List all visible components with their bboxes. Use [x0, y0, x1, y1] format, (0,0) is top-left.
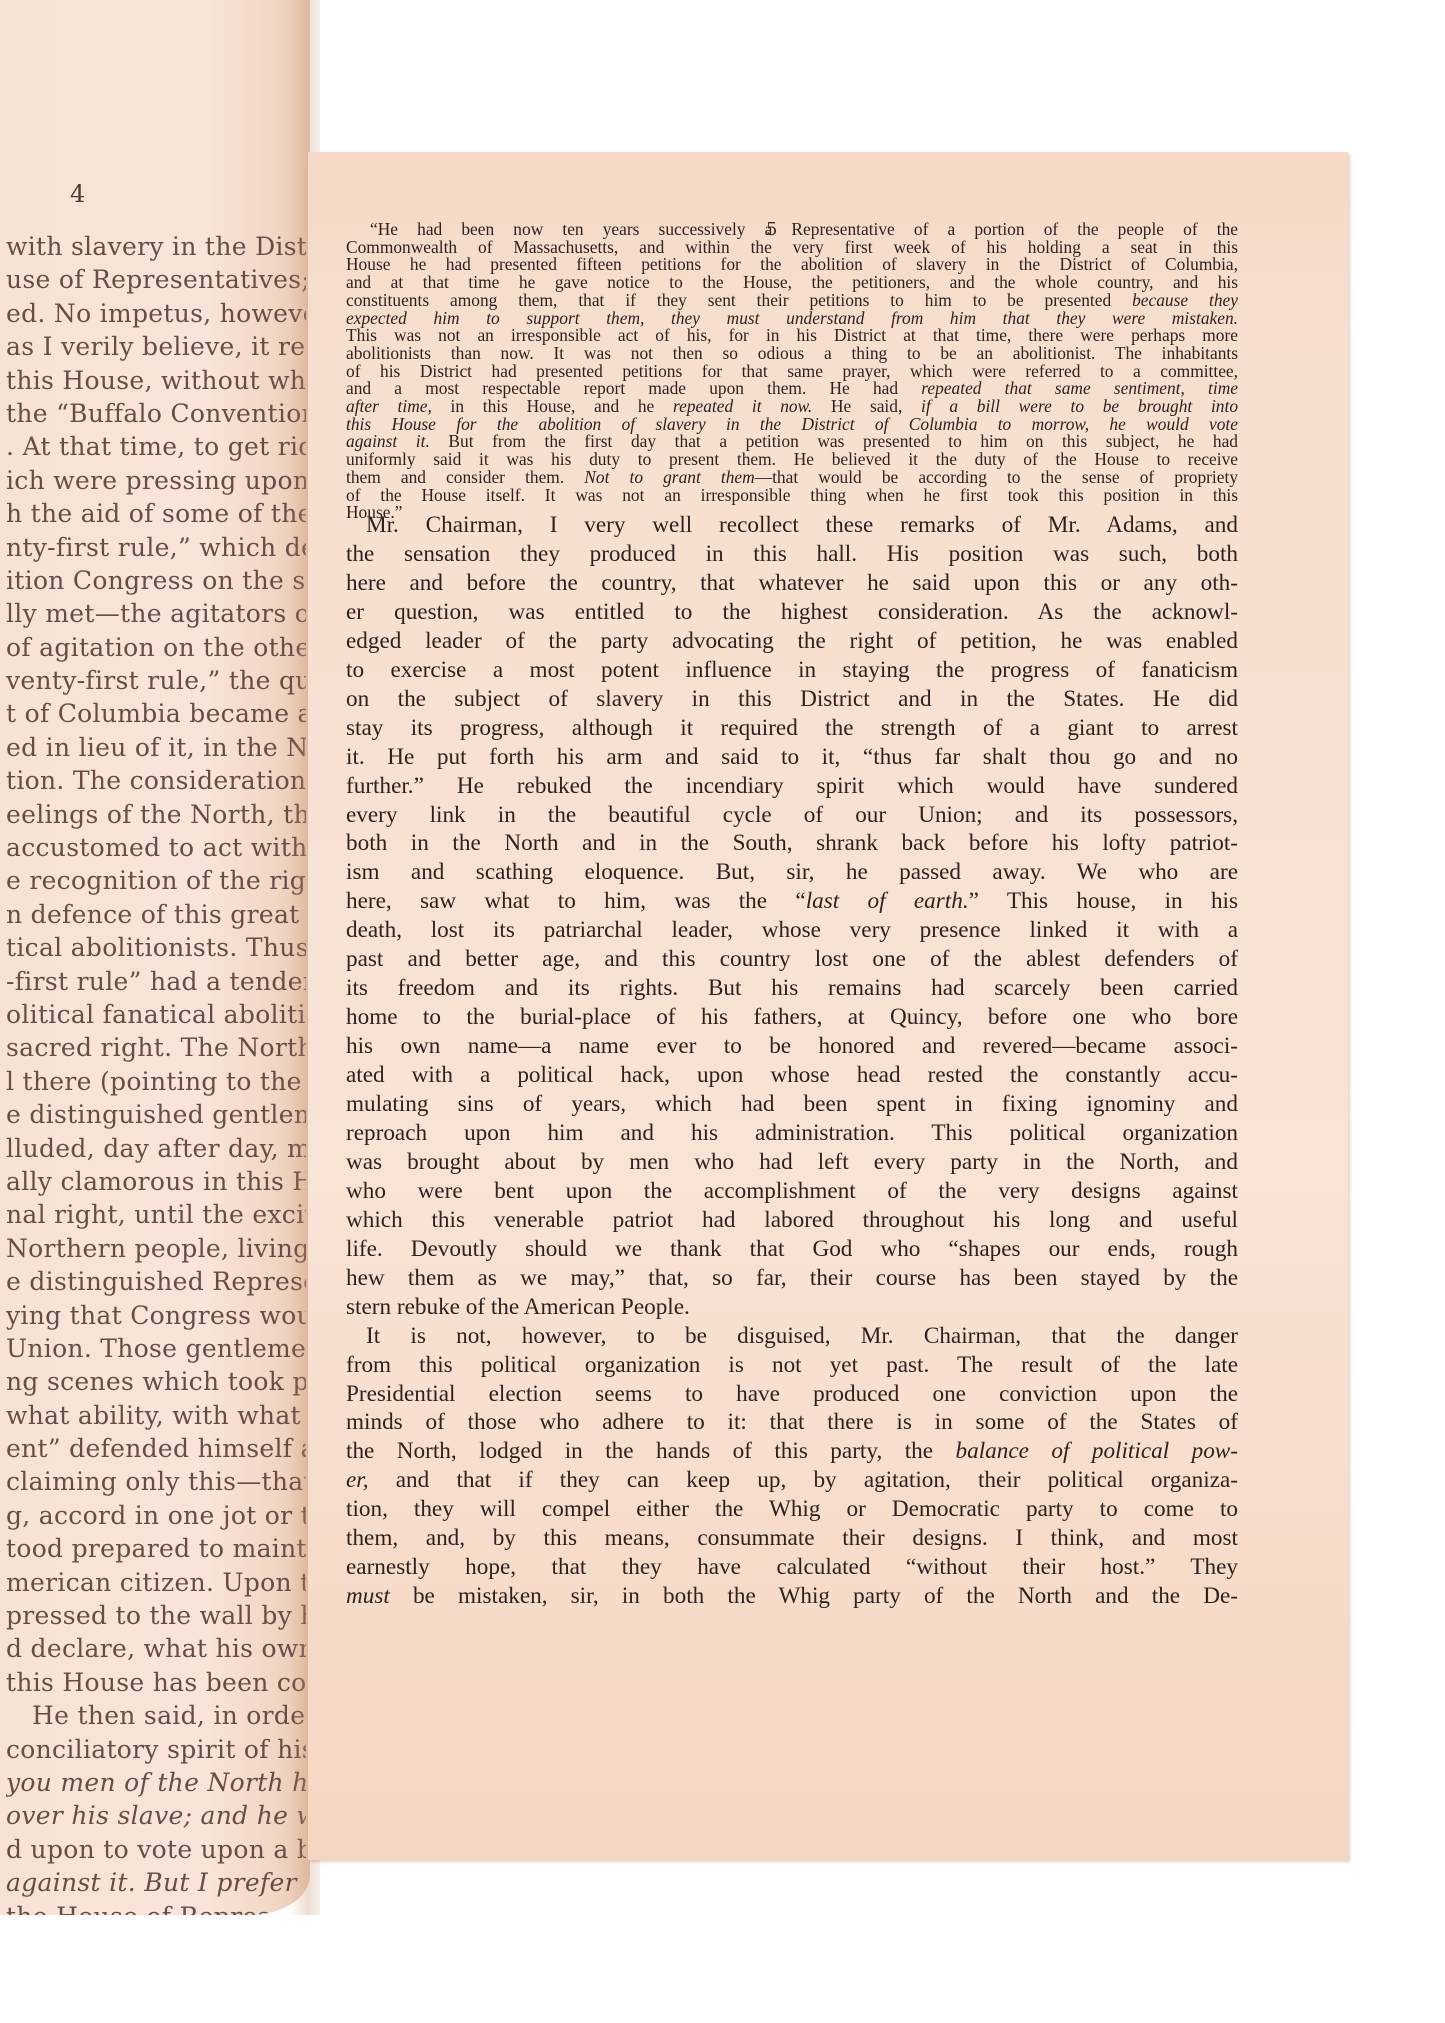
body-line: on the subject of slavery in this Distri…: [346, 686, 1238, 712]
italic-text: last of earth.: [806, 888, 969, 914]
text-span: reproach upon him and his administration…: [346, 1120, 1238, 1146]
text-span: It is not, however, to be disguised, Mr.…: [366, 1323, 1238, 1349]
left-text-line: nty-first rule,” which denied to th: [6, 531, 306, 564]
text-span: further.” He rebuked the incendiary spir…: [346, 773, 1238, 799]
body-line: it. He put forth his arm and said to it,…: [346, 744, 1238, 770]
left-text-line: tical abolitionists. Thus, I veril: [6, 931, 306, 964]
body-line: was brought about by men who had left ev…: [346, 1149, 1238, 1175]
text-span: past and better age, and this country lo…: [346, 946, 1238, 972]
body-line: Mr. Chairman, I very well recollect thes…: [366, 512, 1238, 538]
body-line: ism and scathing eloquence. But, sir, he…: [346, 859, 1238, 885]
left-page-text: with slavery in the District of Couse of…: [6, 230, 306, 1915]
body-line: stern rebuke of the American People.: [346, 1294, 1238, 1320]
italic-text: er,: [346, 1467, 369, 1493]
body-line: stay its progress, although it required …: [346, 715, 1238, 741]
left-text-line: as I verily believe, it received most: [6, 330, 306, 363]
left-text-line: this House, without which it wo: [6, 364, 306, 397]
text-span: life. Devoutly should we thank that God …: [346, 1236, 1238, 1262]
left-text-line: claiming only this—that while h: [6, 1465, 306, 1498]
right-page-5: 5 “He had been now ten years successivel…: [308, 152, 1348, 1860]
left-text-line: accustomed to act with the par: [6, 831, 306, 864]
left-text-line: merican citizen. Upon that occa: [6, 1566, 306, 1599]
left-text-line: against it. But I prefer to give h: [6, 1866, 306, 1899]
left-text-line: n defence of this great right, unti: [6, 898, 306, 931]
body-line: the sensation they produced in this hall…: [346, 541, 1238, 567]
left-text-line: ying that Congress would take st: [6, 1299, 306, 1332]
left-text-line: tion. The consideration of that: [6, 764, 306, 797]
body-line: who were bent upon the accomplishment of…: [346, 1178, 1238, 1204]
left-text-line: ed in lieu of it, in the Northern S: [6, 731, 306, 764]
body-line: his own name—a name ever to be honored a…: [346, 1033, 1238, 1059]
body-line: er question, was entitled to the highest…: [346, 599, 1238, 625]
body-line: to exercise a most potent influence in s…: [346, 657, 1238, 683]
left-text-line: e recognition of the right of peti: [6, 864, 306, 897]
left-text-line: He then said, in order to stop t: [6, 1699, 306, 1732]
left-text-line: with slavery in the District of Co: [6, 230, 306, 263]
left-text-line: use of Representatives; but the a: [6, 263, 306, 296]
body-line: life. Devoutly should we thank that God …: [346, 1236, 1238, 1262]
text-span: Mr. Chairman, I very well recollect thes…: [366, 512, 1238, 538]
left-text-line: ent” defended himself against th: [6, 1432, 306, 1465]
left-text-line: Northern people, living in the Stat: [6, 1232, 306, 1265]
italic-text: must: [346, 1583, 390, 1609]
left-text-line: ition Congress on the subject of: [6, 564, 306, 597]
left-text-line: d upon to vote upon a bill to abol: [6, 1833, 306, 1866]
left-text-line: conciliatory spirit of his countrym: [6, 1733, 306, 1766]
text-span: death, lost its patriarchal leader, whos…: [346, 917, 1238, 943]
left-text-line: l there (pointing to the seat forme: [6, 1065, 306, 1098]
text-span: to exercise a most potent influence in s…: [346, 657, 1238, 683]
body-line: past and better age, and this country lo…: [346, 946, 1238, 972]
left-text-line: of agitation on the other. Imm: [6, 631, 306, 664]
left-text-line: over his slave; and he went furth: [6, 1799, 306, 1832]
text-span: stern rebuke of the American People.: [346, 1294, 690, 1320]
body-line: here, saw what to him, was the “last of …: [346, 888, 1238, 914]
left-text-line: Union. Those gentlemen who r: [6, 1332, 306, 1365]
left-text-line: pressed to the wall by his advers: [6, 1599, 306, 1632]
text-span: every link in the beautiful cycle of our…: [346, 802, 1238, 828]
text-span: its freedom and its rights. But his rema…: [346, 975, 1238, 1001]
body-line: edged leader of the party advocating the…: [346, 628, 1238, 654]
left-text-line: tood prepared to maintain the rig: [6, 1532, 306, 1565]
body-line: earnestly hope, that they have calculate…: [346, 1554, 1238, 1580]
text-span: which this venerable patriot had labored…: [346, 1207, 1238, 1233]
text-span: hew them as we may,” that, so far, their…: [346, 1265, 1238, 1291]
body-line: every link in the beautiful cycle of our…: [346, 802, 1238, 828]
body-line: both in the North and in the South, shra…: [346, 830, 1238, 856]
left-text-line: you men of the North have no: [6, 1766, 306, 1799]
left-text-line: venty-first rule,” the question of th: [6, 664, 306, 697]
text-span: er question, was entitled to the highest…: [346, 599, 1238, 625]
text-span: it. He put forth his arm and said to it,…: [346, 744, 1238, 770]
left-text-line: the “Buffalo Convention” could n: [6, 397, 306, 430]
body-line: must be mistaken, sir, in both the Whig …: [346, 1583, 1238, 1609]
left-text-line: -first rule” had a tendency to st: [6, 965, 306, 998]
text-span: from this political organization is not …: [346, 1352, 1238, 1378]
left-text-line: olitical fanatical abolitionists at th: [6, 998, 306, 1031]
left-text-line: h the aid of some of their Northern: [6, 497, 306, 530]
left-text-line: t of Columbia became a suspens: [6, 697, 306, 730]
left-text-line: lly met—the agitators of the qu: [6, 597, 306, 630]
left-text-line: the House of Representatives, Fe: [6, 1900, 306, 1915]
body-line: mulating sins of years, which had been s…: [346, 1091, 1238, 1117]
text-span: here, saw what to him, was the “: [346, 888, 806, 914]
text-span: tion, they will compel either the Whig o…: [346, 1496, 1238, 1522]
text-span: both in the North and in the South, shra…: [346, 830, 1238, 856]
left-text-line: . At that time, to get rid of the p: [6, 430, 306, 463]
left-text-line: ich were pressing upon this Ho: [6, 464, 306, 497]
left-text-line: ally clamorous in this Hall for the p: [6, 1165, 306, 1198]
left-text-line: e distinguished gentleman from M: [6, 1098, 306, 1131]
body-line: here and before the country, that whatev…: [346, 570, 1238, 596]
body-line: its freedom and its rights. But his rema…: [346, 975, 1238, 1001]
text-span: was brought about by men who had left ev…: [346, 1149, 1238, 1175]
text-span: home to the burial-place of his fathers,…: [346, 1004, 1238, 1030]
text-span: earnestly hope, that they have calculate…: [346, 1554, 1238, 1580]
body-line: ated with a political hack, upon whose h…: [346, 1062, 1238, 1088]
left-text-line: lluded, day after day, month aft: [6, 1132, 306, 1165]
left-page-4: 4 with slavery in the District of Couse …: [0, 0, 310, 1915]
text-span: mulating sins of years, which had been s…: [346, 1091, 1238, 1117]
left-text-line: this House has been compelled to: [6, 1666, 306, 1699]
text-span: be mistaken, sir, in both the Whig party…: [390, 1583, 1238, 1609]
body-line: reproach upon him and his administration…: [346, 1120, 1238, 1146]
text-span: ” This house, in his: [969, 888, 1238, 914]
left-text-line: g, accord in one jot or title wit: [6, 1499, 306, 1532]
body-line: It is not, however, to be disguised, Mr.…: [366, 1323, 1238, 1349]
body-line: Presidential election seems to have prod…: [346, 1381, 1238, 1407]
body-line: tion, they will compel either the Whig o…: [346, 1496, 1238, 1522]
body-line: the North, lodged in the hands of this p…: [346, 1438, 1238, 1464]
left-text-line: e distinguished Representative, p: [6, 1265, 306, 1298]
text-span: edged leader of the party advocating the…: [346, 628, 1238, 654]
left-text-line: sacred right. The North was: [6, 1031, 306, 1064]
body-line: er, and that if they can keep up, by agi…: [346, 1467, 1238, 1493]
left-text-line: d declare, what his own feelings: [6, 1632, 306, 1665]
body-line: them, and, by this means, consummate the…: [346, 1525, 1238, 1551]
italic-text: balance of political pow-: [956, 1438, 1238, 1464]
body-line: minds of those who adhere to it: that th…: [346, 1409, 1238, 1435]
text-span: them, and, by this means, consummate the…: [346, 1525, 1238, 1551]
body-line: home to the burial-place of his fathers,…: [346, 1004, 1238, 1030]
body-line: from this political organization is not …: [346, 1352, 1238, 1378]
body-line: further.” He rebuked the incendiary spir…: [346, 773, 1238, 799]
text-span: who were bent upon the accomplishment of…: [346, 1178, 1238, 1204]
left-text-line: ng scenes which took place upon t: [6, 1365, 306, 1398]
text-span: stay its progress, although it required …: [346, 715, 1238, 741]
text-span: here and before the country, that whatev…: [346, 570, 1238, 596]
body-line: death, lost its patriarchal leader, whos…: [346, 917, 1238, 943]
left-text-line: nal right, until the excitement h: [6, 1198, 306, 1231]
text-span: minds of those who adhere to it: that th…: [346, 1409, 1238, 1435]
text-span: the sensation they produced in this hall…: [346, 541, 1238, 567]
left-text-line: eelings of the North, that a large: [6, 798, 306, 831]
page-number-left: 4: [70, 180, 85, 208]
text-span: his own name—a name ever to be honored a…: [346, 1033, 1238, 1059]
left-text-line: ed. No impetus, however, was g: [6, 297, 306, 330]
left-text-line: what ability, with what earnes: [6, 1399, 306, 1432]
body-line: which this venerable patriot had labored…: [346, 1207, 1238, 1233]
text-span: and that if they can keep up, by agitati…: [369, 1467, 1238, 1493]
text-span: the North, lodged in the hands of this p…: [346, 1438, 956, 1464]
text-span: Presidential election seems to have prod…: [346, 1381, 1238, 1407]
text-span: on the subject of slavery in this Distri…: [346, 686, 1238, 712]
text-span: ism and scathing eloquence. But, sir, he…: [346, 859, 1238, 885]
body-line: hew them as we may,” that, so far, their…: [346, 1265, 1238, 1291]
text-span: ated with a political hack, upon whose h…: [346, 1062, 1238, 1088]
